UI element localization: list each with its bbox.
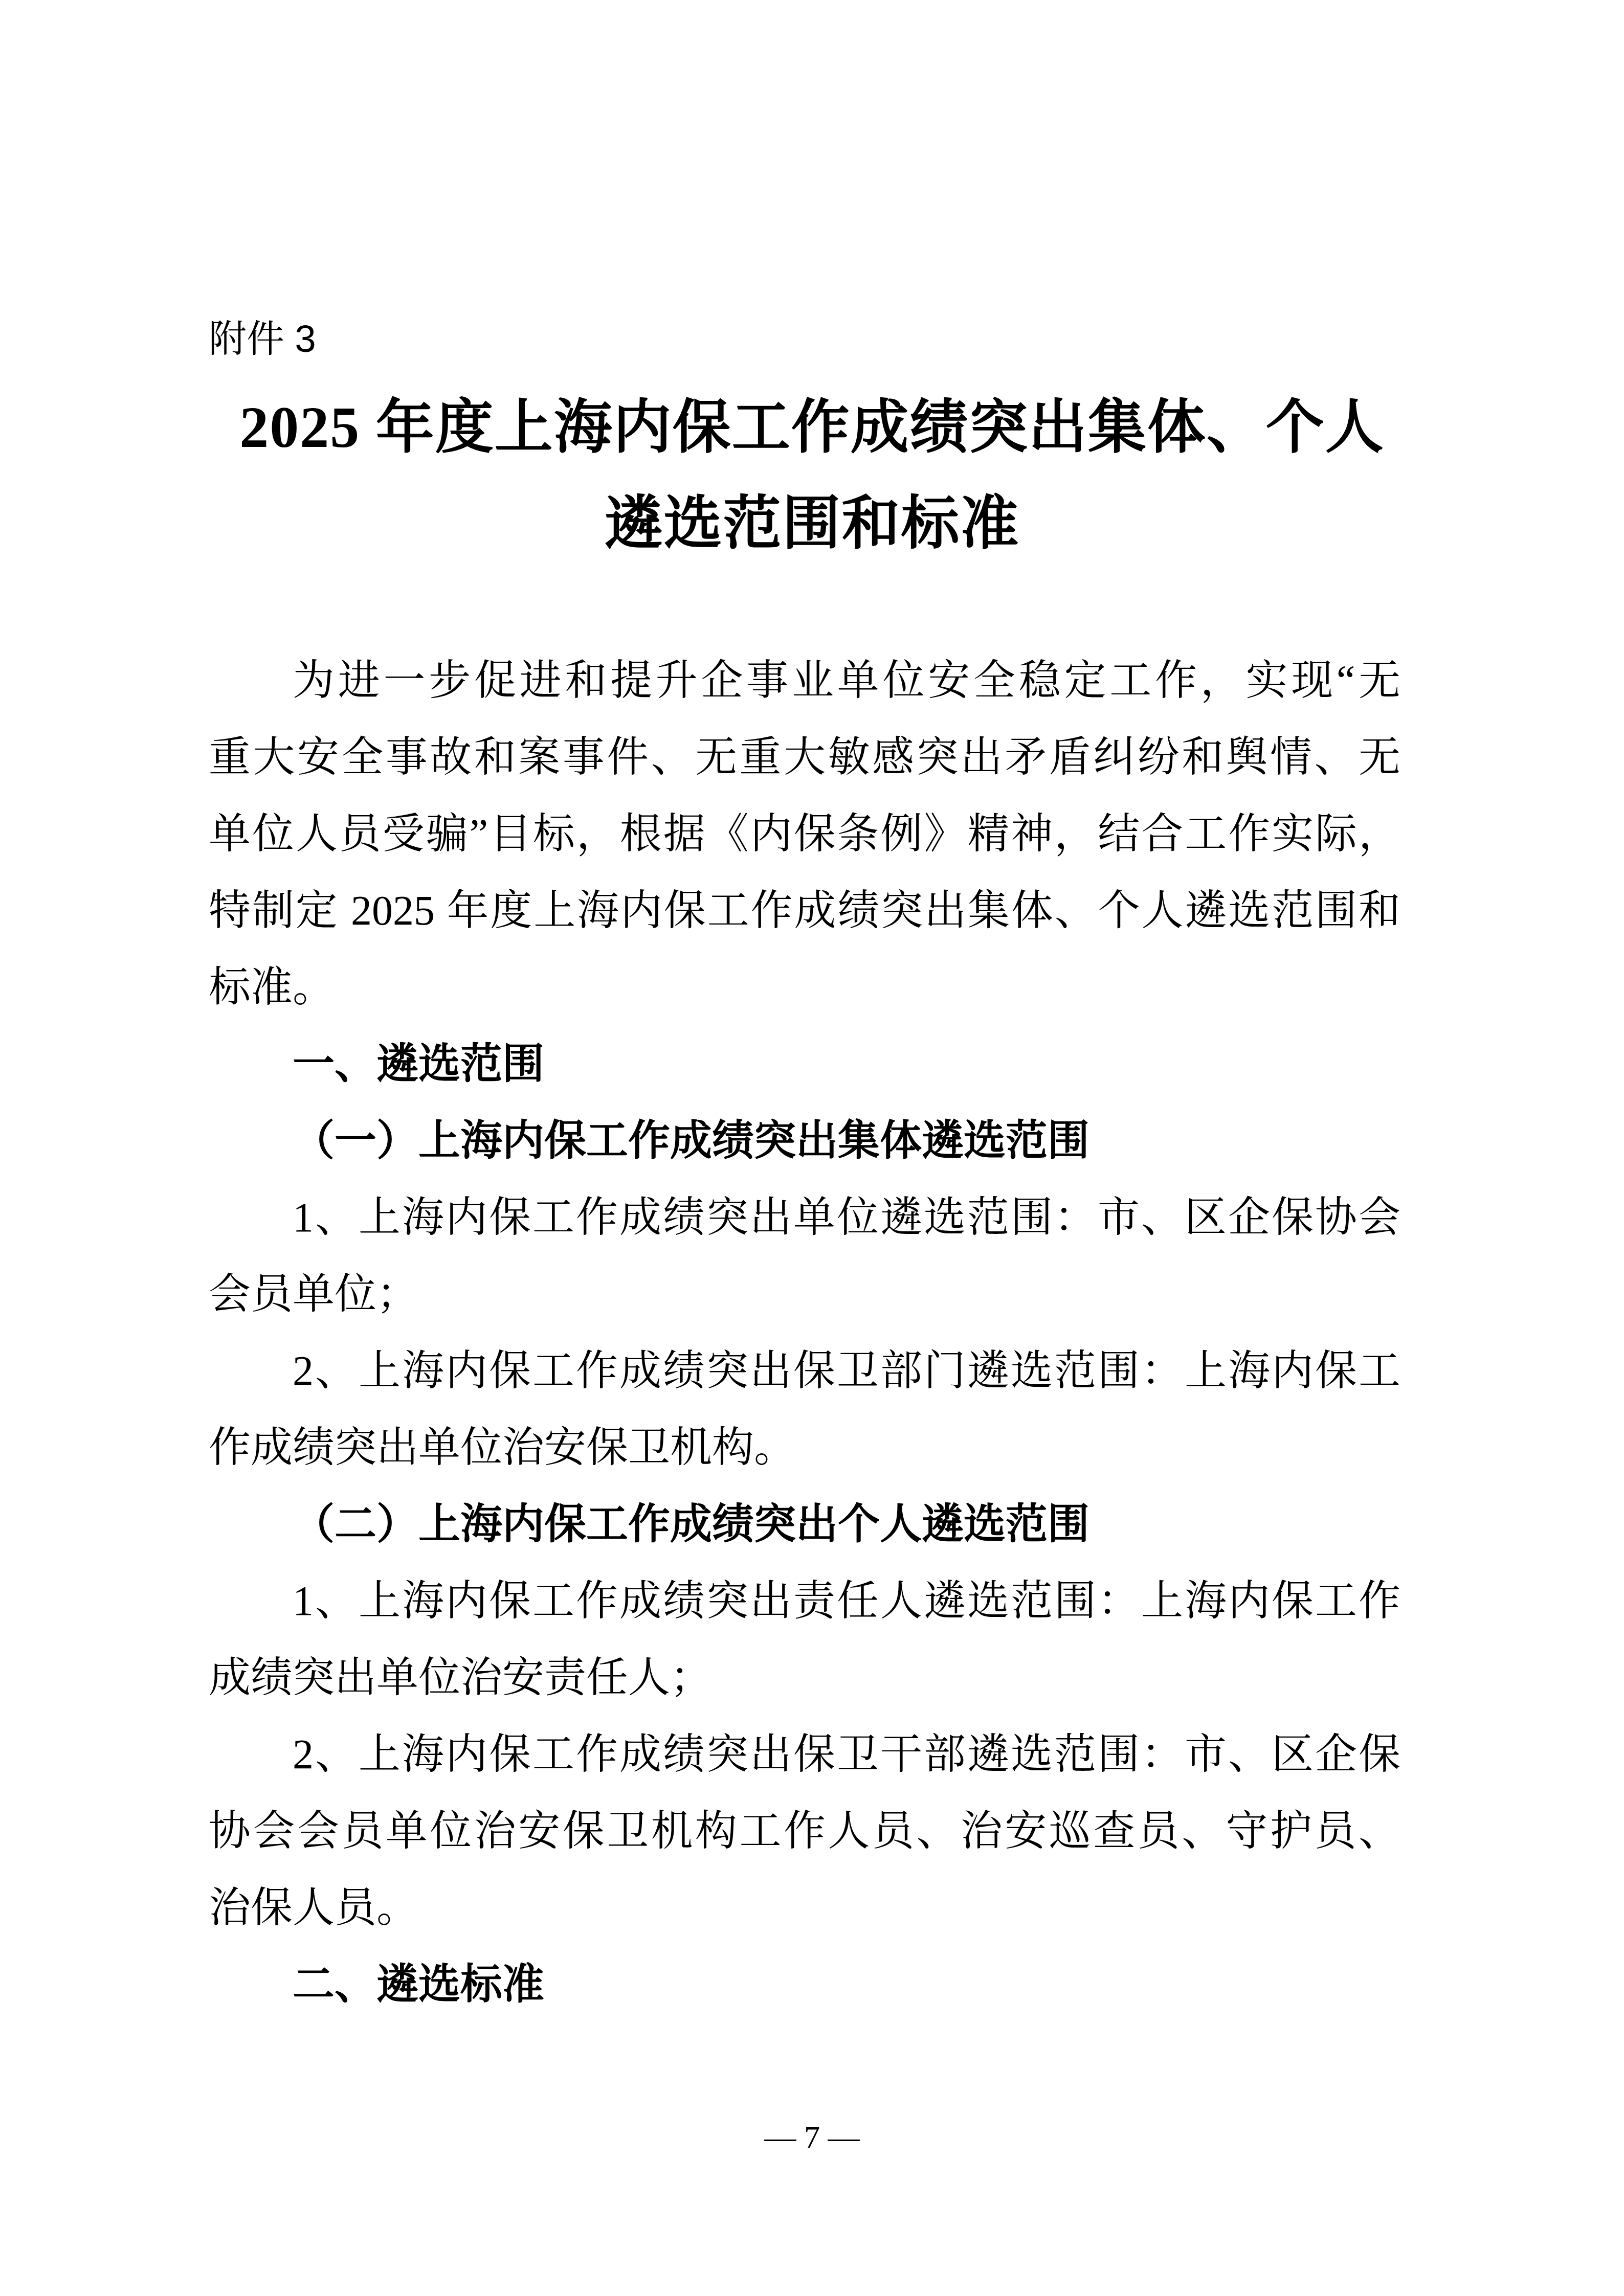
- document-body: 为进一步促进和提升企事业单位安全稳定工作，实现“无 重大安全事故和案事件、无重大…: [209, 642, 1400, 2023]
- body-line: 为进一步促进和提升企事业单位安全稳定工作，实现“无: [209, 642, 1400, 719]
- body-line: 作成绩突出单位治安保卫机构。: [209, 1409, 1400, 1486]
- document-title-line-1: 2025 年度上海内保工作成绩突出集体、个人: [92, 379, 1532, 476]
- body-line: 2、上海内保工作成绩突出保卫部门遴选范围：上海内保工: [209, 1333, 1400, 1409]
- body-line: 会员单位；: [209, 1256, 1400, 1333]
- body-line: 单位人员受骗”目标，根据《内保条例》精神，结合工作实际，: [209, 796, 1400, 872]
- document-title-line-2: 遴选范围和标准: [92, 476, 1532, 572]
- body-line: 2、上海内保工作成绩突出保卫干部遴选范围：市、区企保: [209, 1716, 1400, 1793]
- section-heading: 二、遴选标准: [209, 1946, 1400, 2023]
- document-page: 附件 3 2025 年度上海内保工作成绩突出集体、个人 遴选范围和标准 为进一步…: [0, 0, 1624, 2296]
- document-title: 2025 年度上海内保工作成绩突出集体、个人 遴选范围和标准: [92, 379, 1532, 572]
- section-heading: （一）上海内保工作成绩突出集体遴选范围: [209, 1102, 1400, 1179]
- body-line: 重大安全事故和案事件、无重大敏感突出矛盾纠纷和舆情、无: [209, 719, 1400, 796]
- attachment-label: 附件 3: [209, 316, 316, 362]
- body-line: 1、上海内保工作成绩突出责任人遴选范围：上海内保工作: [209, 1563, 1400, 1639]
- section-heading: （二）上海内保工作成绩突出个人遴选范围: [209, 1486, 1400, 1563]
- body-line: 成绩突出单位治安责任人；: [209, 1639, 1400, 1716]
- body-line: 标准。: [209, 949, 1400, 1026]
- body-line: 治保人员。: [209, 1870, 1400, 1946]
- body-line: 协会会员单位治安保卫机构工作人员、治安巡查员、守护员、: [209, 1793, 1400, 1870]
- body-line: 特制定 2025 年度上海内保工作成绩突出集体、个人遴选范围和: [209, 872, 1400, 949]
- page-number: — 7 —: [0, 2117, 1624, 2158]
- section-heading: 一、遴选范围: [209, 1026, 1400, 1102]
- body-line: 1、上海内保工作成绩突出单位遴选范围：市、区企保协会: [209, 1179, 1400, 1256]
